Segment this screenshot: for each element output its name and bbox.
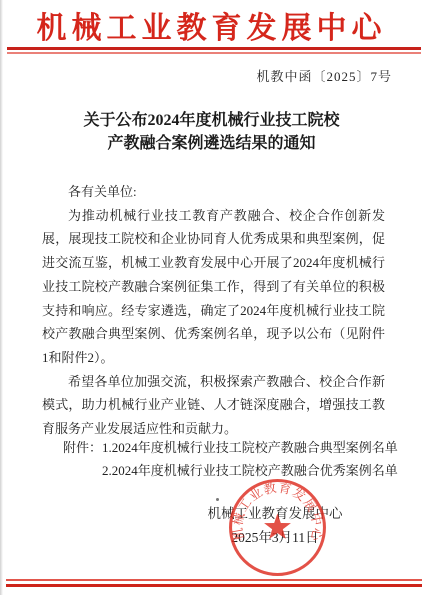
- divider-line-thin: [7, 52, 421, 54]
- header-org-name: 机械工业教育发展中心: [0, 3, 423, 47]
- document-number: 机教中函〔2025〕7号: [256, 66, 392, 85]
- body-paragraph-2: 希望各单位加强交流，积极探索产教融合、校企合作新模式，助力机械行业产业链、人才链…: [42, 370, 385, 441]
- seal-star-icon: [264, 513, 291, 539]
- notice-title: 关于公布2024年度机械行业技工院校 产教融合案例遴选结果的通知: [0, 109, 423, 155]
- notice-title-line1: 关于公布2024年度机械行业技工院校: [0, 109, 423, 132]
- scan-edge-shadow: [0, 0, 3, 595]
- official-seal: 机械工业教育发展中心: [226, 476, 329, 579]
- header-red-divider: [7, 47, 421, 54]
- notice-title-line2: 产教融合案例遴选结果的通知: [0, 132, 423, 155]
- footer-red-divider: [6, 579, 422, 587]
- body-paragraph-1: 为推动机械行业技工教育产教融合、校企合作创新发展，展现技工院校和企业协同育人优秀…: [42, 204, 385, 370]
- attachments-label: 附件：: [63, 437, 102, 482]
- salutation: 各有关单位:: [42, 180, 385, 204]
- scan-speck: [216, 498, 219, 501]
- document-page: 机械工业教育发展中心 机教中函〔2025〕7号 关于公布2024年度机械行业技工…: [0, 0, 423, 595]
- attachment-item-1: 1.2024年度机械行业技工院校产教融合典型案例名单: [102, 437, 398, 460]
- notice-body: 各有关单位: 为推动机械行业技工教育产教融合、校企合作创新发展，展现技工院校和企…: [42, 180, 385, 441]
- footer-line-thick: [6, 584, 422, 587]
